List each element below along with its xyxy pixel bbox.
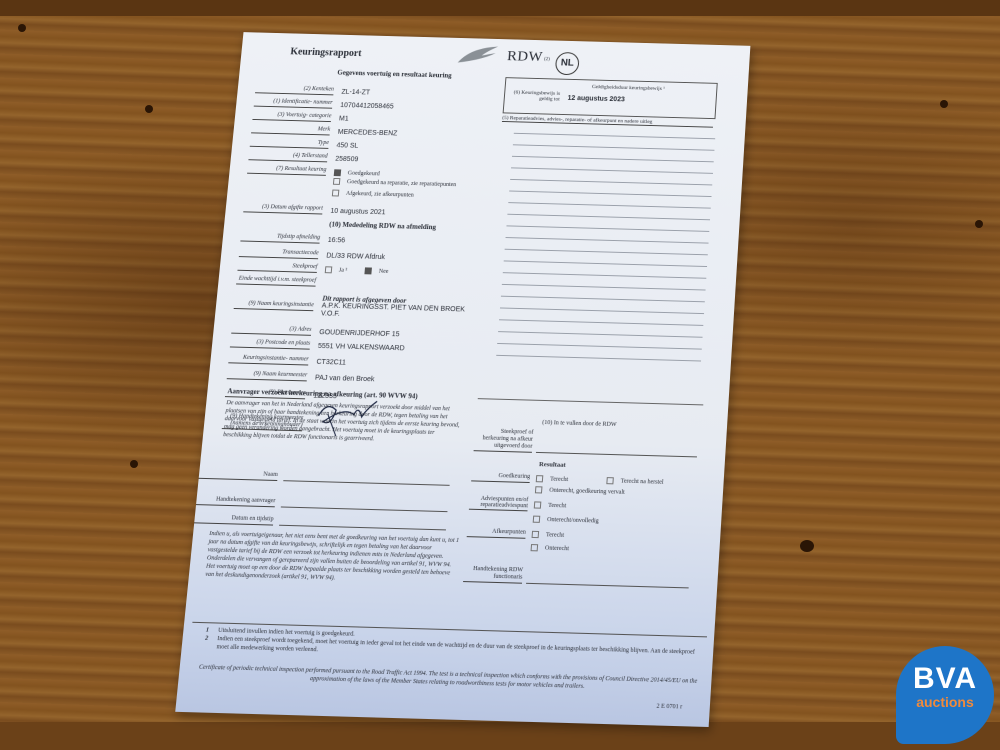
checkbox[interactable] <box>606 477 614 484</box>
ruled-line <box>500 307 704 314</box>
result-label: (7) Resultaat keuring <box>247 165 327 176</box>
country-label: (2) <box>544 57 550 62</box>
form-code: 2 E 0701 r <box>656 704 682 711</box>
wood-knot <box>975 220 983 228</box>
ruled-line <box>499 319 703 326</box>
ruled-line <box>498 331 702 338</box>
owner-reinspection-text: Indien u, als voertuigeigenaar, het niet… <box>205 530 463 586</box>
field-value: 10704412058465 <box>340 102 394 110</box>
checkbox[interactable] <box>532 530 540 537</box>
rdw-section: (10) In te vullen door de RDW Steekproef… <box>463 418 717 589</box>
certificate-text: Certificate of periodic technical inspec… <box>189 663 707 694</box>
ruled-line <box>503 272 707 279</box>
ruled-line <box>510 179 712 185</box>
ruled-line <box>504 260 707 267</box>
ruled-line <box>497 343 702 350</box>
row-label: Goedkeuring <box>471 472 530 483</box>
waiting-time-label: Einde wachttijd i.v.m. steekproef <box>236 276 316 287</box>
validity-date: 12 augustus 2023 <box>567 95 625 103</box>
inspection-report-document: Keuringsrapport RDW (2) NL Gegevens voer… <box>175 32 750 727</box>
ruled-line <box>478 398 704 405</box>
table-edge-bottom <box>0 722 1000 750</box>
wood-knot <box>18 24 26 32</box>
ruled-line <box>514 133 715 139</box>
ruled-line <box>511 167 713 173</box>
row-label: Adviespunten en/of reparatieadviespunt <box>469 496 529 512</box>
wood-knot <box>800 540 814 552</box>
ruled-line <box>508 202 711 209</box>
field-label: Datum en tijdstip <box>194 514 274 525</box>
wood-knot <box>130 460 138 468</box>
validity-label: (6) Keuringsbewijs is geldig tot <box>510 90 560 103</box>
brand-subtitle: auctions <box>896 694 994 710</box>
checkbox[interactable] <box>534 501 542 508</box>
issue-date-value: 10 augustus 2021 <box>330 208 386 216</box>
checkbox[interactable] <box>533 516 541 523</box>
checkbox[interactable] <box>333 178 341 185</box>
reinspection-fields: Naam Handtekening aanvrager Datum en tij… <box>194 461 462 531</box>
bva-auctions-logo: BVA auctions <box>896 646 994 744</box>
footnotes: 1 Uitsluitend invullen indien het voertu… <box>204 626 706 665</box>
field-value: 16:56 <box>327 237 345 244</box>
field-value: CT32C11 <box>316 359 346 367</box>
ruled-line <box>502 284 706 291</box>
vehicle-fields: (2) Kenteken ZL-14-ZT (1) Identificatie-… <box>222 80 499 436</box>
rdw-signature-line[interactable] <box>526 582 689 589</box>
wood-knot <box>940 100 948 108</box>
checkbox-checked[interactable] <box>365 267 373 274</box>
validity-box: Geldigheidsduur keuringsbewijs ¹ (6) Keu… <box>503 77 718 119</box>
ruled-line <box>501 296 705 303</box>
ruled-line <box>505 249 708 256</box>
rdw-section-heading: (10) In te vullen door de RDW <box>542 420 717 431</box>
performed-by-line[interactable] <box>536 451 697 458</box>
wood-knot <box>145 105 153 113</box>
ruled-line <box>496 355 701 362</box>
table-edge <box>0 0 1000 16</box>
rdw-logo-icon <box>456 44 501 66</box>
field-value: 258509 <box>335 156 359 163</box>
performed-by-label: Steekproef of herkeuring na afkeur uitge… <box>474 428 534 453</box>
checkbox[interactable] <box>325 266 333 273</box>
field-value: M1 <box>339 116 349 123</box>
ruled-line <box>513 144 715 150</box>
brand-name: BVA <box>896 664 994 694</box>
issue-date-label: (3) Datum afgifte rapport <box>243 204 323 215</box>
checkbox[interactable] <box>536 475 544 482</box>
ruled-line <box>509 191 711 198</box>
country-badge: NL <box>555 52 580 75</box>
field-value: 450 SL <box>336 142 358 149</box>
datetime-input-line[interactable] <box>279 524 446 531</box>
field-value: A.P.K. KEURINGSST. PIET VAN DEN BROEK V.… <box>321 303 482 323</box>
ruled-line <box>512 156 714 162</box>
checkbox[interactable] <box>531 544 539 551</box>
validity-heading: Geldigheidsduur keuringsbewijs ¹ <box>592 84 665 92</box>
authority-name: RDW <box>506 49 543 66</box>
row-label: Afkeurpunten <box>467 527 526 538</box>
checkbox[interactable] <box>332 190 340 197</box>
ruled-line <box>507 214 710 221</box>
document-title: Keuringsrapport <box>290 47 362 59</box>
checkbox[interactable] <box>535 486 543 493</box>
field-value: ZL-14-ZT <box>341 89 370 96</box>
ruled-line <box>506 237 709 244</box>
field-label: (9) Naam keuringsinstantie <box>234 300 314 311</box>
reinspection-text: De aanvrager van het in Nederland afgege… <box>223 399 462 446</box>
vehicle-section-heading: Gegevens voertuig en resultaat keuring <box>337 69 452 80</box>
rdw-signature-label: Handtekening RDW functionaris <box>463 566 523 584</box>
ruled-line <box>506 225 709 232</box>
result-heading: Resultaat <box>539 461 715 473</box>
